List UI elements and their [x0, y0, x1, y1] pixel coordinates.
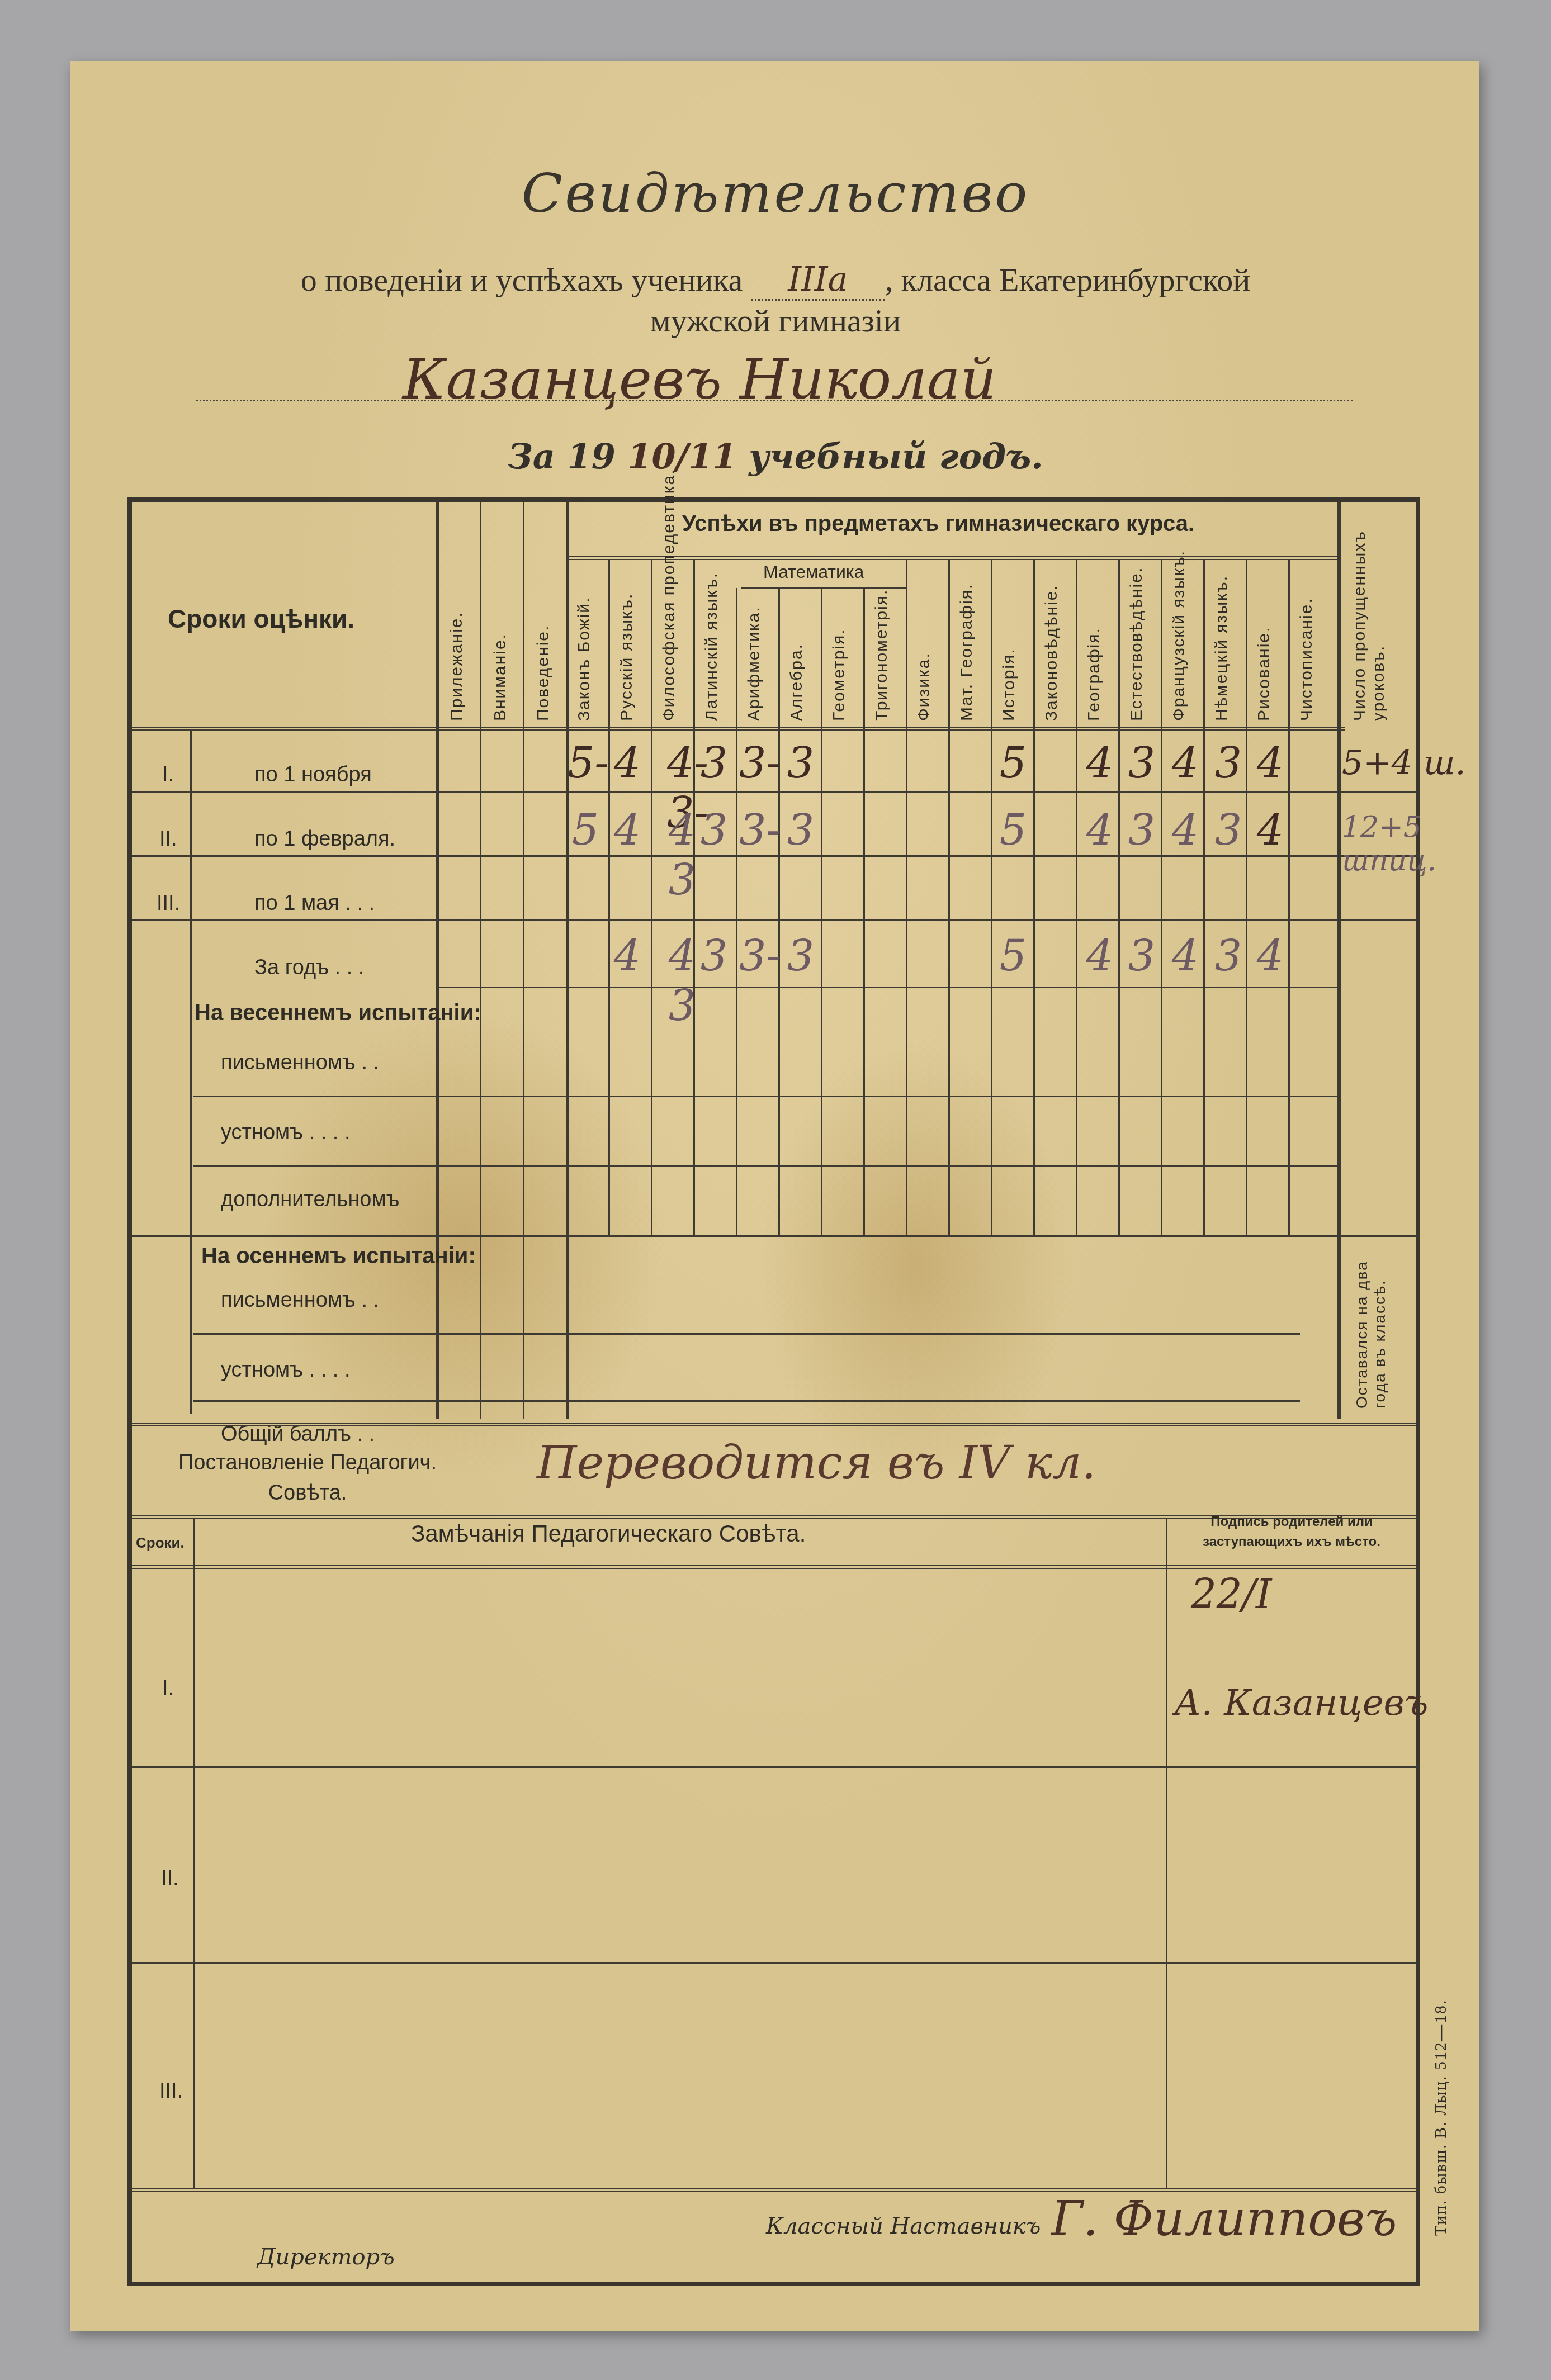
- col-header-subject: Алгебра.: [787, 594, 806, 721]
- col-divider: [778, 588, 780, 1235]
- col-header-subject: Латинскій языкъ.: [702, 565, 721, 721]
- printer-mark: Тип. бывш. В. Лыц. 512—18.: [1431, 1923, 1450, 2236]
- remarks-row-rule: [132, 1962, 1418, 1964]
- col-divider: [1203, 559, 1205, 1235]
- col-divider: [1076, 559, 1077, 1235]
- col-header-subject: Рисованіе.: [1255, 565, 1274, 721]
- grade-year-geometry: 3: [783, 931, 819, 980]
- year-prefix: За 19: [508, 436, 616, 477]
- grade-nov-algebra: 3-: [739, 738, 775, 788]
- grade-feb-geography: 4: [1082, 805, 1118, 855]
- num-column-divider: [190, 729, 192, 1414]
- class-teacher-label: Классный Наставникъ: [766, 2213, 1041, 2239]
- year-handwritten: 10/11: [627, 436, 736, 477]
- spring-additional: дополнительномъ: [221, 1188, 399, 1212]
- year-suffix: учебный годъ.: [749, 436, 1043, 477]
- remarks-row-rule: [132, 1766, 1418, 1768]
- missed-column-divider: [1337, 502, 1341, 1419]
- row-label-feb: по 1 февраля.: [254, 827, 395, 851]
- col-header-subject: Арифметика.: [745, 594, 764, 721]
- row-num-2: II.: [159, 827, 177, 851]
- grade-nov-arith: 3: [696, 738, 732, 788]
- col-header-missed-lessons: Число пропущенныхъ уроковъ.: [1350, 514, 1395, 721]
- col-header-subject: Философская пропедевтика.: [660, 565, 679, 721]
- grade-year-drawing: 4: [1252, 931, 1288, 980]
- col-divider: [736, 588, 737, 1235]
- remarks-row-num-3: III.: [159, 2079, 183, 2103]
- grade-feb-drawing: 4: [1252, 805, 1288, 855]
- col-divider: [1033, 559, 1035, 1235]
- period-column-divider: [436, 502, 439, 1419]
- row-rule: [193, 1096, 1337, 1097]
- grade-nov-geography: 4: [1082, 738, 1118, 788]
- grade-feb-history: 5: [995, 805, 1031, 855]
- subjects-header-rule: [566, 556, 1337, 560]
- grade-nov-russian: 4: [609, 738, 645, 788]
- class-teacher-signature: Г. Филипповъ: [1051, 2191, 1397, 2247]
- spring-written: письменномъ . .: [221, 1051, 379, 1075]
- document-title: Свидѣтельство: [0, 162, 1551, 225]
- grade-year-history: 5: [995, 931, 1031, 980]
- col-header-subject: Геометрія.: [830, 594, 849, 721]
- parent-signature-date-1: 22/I: [1191, 1571, 1271, 1618]
- remarks-period-header: Сроки.: [136, 1534, 185, 1552]
- class-number-handwritten: IIIа: [751, 260, 885, 301]
- col-header-subject: Исторія.: [1000, 565, 1019, 721]
- missed-nov: 5+4 ш.: [1342, 743, 1476, 783]
- autumn-exam-header: На осеннемъ испытаніи:: [201, 1244, 476, 1269]
- academic-year: За 19 10/11 учебный годъ.: [0, 436, 1551, 477]
- col-divider: [1161, 559, 1162, 1235]
- grade-year-french: 4: [1167, 931, 1203, 980]
- remarks-period-divider: [193, 1518, 195, 2188]
- student-name-handwritten: Казанцевъ Николай: [403, 347, 996, 412]
- subjects-header: Успѣхи въ предметахъ гимназическаго курс…: [682, 511, 1194, 537]
- col-header-behaviour: Поведеніе.: [534, 559, 553, 721]
- row-rule: [132, 791, 1418, 793]
- grade-year-russian: 4: [609, 931, 645, 980]
- col-header-subject: Географія.: [1085, 565, 1104, 721]
- row-rule: [132, 1235, 1418, 1237]
- remarks-row-num-2: II.: [161, 1867, 179, 1891]
- missed-feb: 12+5 шпиц.: [1342, 810, 1487, 878]
- math-group-header: Математика: [763, 562, 864, 582]
- period-header: Сроки оцѣнки.: [168, 604, 354, 634]
- col-divider: [821, 588, 822, 1235]
- col-divider: [608, 559, 610, 1235]
- remarks-row-num-1: I.: [162, 1677, 174, 1701]
- row-rule: [436, 987, 1337, 988]
- row-label-may: по 1 мая . . .: [254, 892, 375, 916]
- col-header-subject: Русскій языкъ.: [617, 565, 636, 721]
- council-decision-handwritten: Переводится въ IV кл.: [537, 1436, 1096, 1490]
- grade-feb-russian: 4: [609, 805, 645, 855]
- row-rule: [193, 1400, 1300, 1402]
- row-rule: [193, 1165, 1337, 1167]
- remarks-signature-divider: [1166, 1518, 1167, 2188]
- grade-nov-zakon: 5-: [568, 738, 603, 788]
- col-header-subject: Мат. Географія.: [957, 565, 976, 721]
- council-decision-label: Постановленіе Педагогич. Совѣта.: [151, 1448, 464, 1508]
- col-divider: [1288, 559, 1290, 1235]
- stayed-back-header: Оставался на два года въ классѣ.: [1353, 1230, 1398, 1409]
- grade-feb-french: 4: [1167, 805, 1203, 855]
- spring-exam-header: На весеннемъ испытаніи:: [195, 1001, 481, 1026]
- parent-signature-header: Подпись родителей или заступающихъ ихъ м…: [1171, 1512, 1412, 1552]
- remarks-header-rule: [132, 1565, 1418, 1569]
- col-divider: [1118, 559, 1120, 1235]
- col-header-diligence: Прилежаніе.: [447, 559, 466, 721]
- grade-feb-zakon: 5: [568, 805, 603, 855]
- col-header-subject: Тригонометрія.: [872, 594, 891, 721]
- spring-oral: устномъ . . . .: [221, 1121, 350, 1145]
- grade-nov-nature: 3: [1124, 738, 1160, 788]
- grade-feb-algebra: 3-: [739, 805, 775, 855]
- subtitle-suffix: , класса Екатеринбургской: [885, 262, 1251, 298]
- remarks-header: Замѣчанія Педагогическаго Совѣта.: [411, 1520, 806, 1547]
- col-divider: [566, 502, 569, 1419]
- row-num-3: III.: [157, 892, 180, 916]
- grade-nov-french: 4: [1167, 738, 1203, 788]
- col-header-subject: Естествовѣдѣніе.: [1127, 565, 1146, 721]
- col-header-subject: Нѣмецкій языкъ.: [1212, 565, 1231, 721]
- grade-feb-nature: 3: [1124, 805, 1160, 855]
- subtitle-prefix: о поведеніи и успѣхахъ ученика: [301, 262, 743, 298]
- grade-feb-arith: 3: [696, 805, 732, 855]
- row-label-year: За годъ . . .: [254, 956, 364, 980]
- header-bottom-rule: [132, 727, 1345, 731]
- col-header-subject: Физика.: [915, 565, 934, 721]
- col-divider: [991, 559, 992, 1235]
- col-header-subject: Французскій языкъ.: [1170, 565, 1189, 721]
- grade-year-nature: 3: [1124, 931, 1160, 980]
- col-divider: [1246, 559, 1247, 1235]
- grade-year-german: 3: [1210, 931, 1246, 980]
- director-label: Директоръ: [257, 2244, 395, 2270]
- grade-nov-drawing: 4: [1252, 738, 1288, 788]
- grade-year-arith: 3: [696, 931, 732, 980]
- row-rule: [132, 919, 1418, 921]
- row-num-1: I.: [162, 763, 174, 787]
- grade-nov-german: 3: [1210, 738, 1246, 788]
- row-rule: [193, 1333, 1300, 1335]
- grade-feb-german: 3: [1210, 805, 1246, 855]
- col-divider: [480, 502, 481, 1419]
- grade-nov-history: 5: [995, 738, 1031, 788]
- subtitle-line-2: мужской гимназіи: [0, 302, 1551, 339]
- subtitle-line-1: о поведеніи и успѣхахъ ученика IIIа, кла…: [0, 260, 1551, 301]
- grade-year-geography: 4: [1082, 931, 1118, 980]
- col-divider: [906, 559, 907, 1235]
- col-divider: [948, 559, 950, 1235]
- autumn-oral: устномъ . . . .: [221, 1358, 350, 1382]
- col-header-subject: Чистописаніе.: [1297, 565, 1316, 721]
- parent-signature-name-1: А. Казанцевъ: [1174, 1682, 1429, 1724]
- grade-feb-geometry: 3: [783, 805, 819, 855]
- col-divider: [523, 502, 524, 1419]
- council-top-rule: [132, 1423, 1418, 1426]
- math-group-rule: [741, 587, 906, 589]
- col-divider: [863, 588, 865, 1235]
- grade-nov-geometry: 3: [783, 738, 819, 788]
- row-rule: [132, 855, 1418, 857]
- grade-year-algebra: 3-: [739, 931, 775, 980]
- col-header-subject: Законовѣдѣніе.: [1042, 565, 1061, 721]
- col-header-attention: Вниманіе.: [491, 559, 510, 721]
- row-label-nov: по 1 ноября: [254, 763, 372, 787]
- col-header-subject: Законъ Божій.: [575, 565, 594, 721]
- autumn-written: письменномъ . .: [221, 1288, 379, 1312]
